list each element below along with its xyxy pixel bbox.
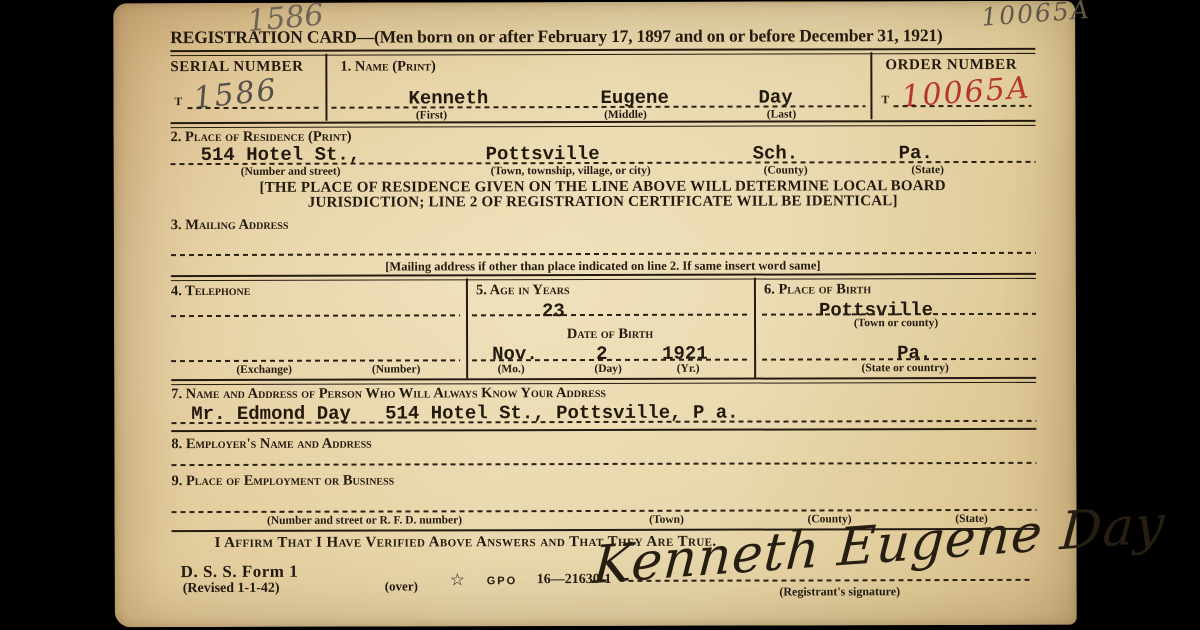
residence-county-caption: (County) xyxy=(764,164,808,176)
telephone-exchange-caption: (Exchange) xyxy=(236,364,292,376)
day-caption: (Day) xyxy=(594,363,622,375)
mailing-address-label: 3. Mailing Address xyxy=(171,217,289,234)
divider-telephone-age xyxy=(466,278,468,378)
mailing-address-line xyxy=(171,252,1036,256)
employer-line xyxy=(171,462,1036,466)
middle-caption: (Middle) xyxy=(604,109,647,121)
serial-prefix: T xyxy=(174,96,182,108)
row3-rule xyxy=(171,273,1036,281)
residence-notice-line2: JURISDICTION; LINE 2 OF REGISTRATION CER… xyxy=(308,193,898,212)
form-number: D. S. S. Form 1 xyxy=(181,562,299,582)
employment-town-caption: (Town) xyxy=(649,514,684,526)
first-caption: (First) xyxy=(416,109,447,121)
order-number-value: 10065A xyxy=(900,70,1031,114)
mailing-address-caption: [Mailing address if other than place ind… xyxy=(385,258,820,274)
signature-caption: (Registrant's signature) xyxy=(779,584,900,599)
title-rule xyxy=(170,48,1035,56)
birth-month-value: Nov. xyxy=(492,343,538,365)
date-of-birth-label: Date of Birth xyxy=(567,326,653,343)
employment-street-caption: (Number and street or R. F. D. number) xyxy=(267,514,462,527)
pencil-order-annotation: 10065A xyxy=(980,0,1091,32)
age-label: 5. Age in Years xyxy=(476,282,570,299)
order-prefix: T xyxy=(881,94,889,106)
over-caption: (over) xyxy=(385,578,418,594)
birthplace-label: 6. Place of Birth xyxy=(764,281,871,298)
telephone-number-caption: (Number) xyxy=(372,363,421,375)
contact-label: 7. Name and Address of Person Who Will A… xyxy=(171,385,606,403)
last-caption: (Last) xyxy=(767,108,796,120)
divider-age-birth xyxy=(754,278,756,378)
month-caption: (Mo.) xyxy=(498,363,525,375)
serial-line xyxy=(187,107,321,109)
residence-street-caption: (Number and street) xyxy=(241,166,341,178)
birthplace-town-caption: (Town or county) xyxy=(854,317,938,329)
employment-label: 9. Place of Employment or Business xyxy=(171,473,394,491)
card-title: REGISTRATION CARD—(Men born on or after … xyxy=(170,25,942,48)
birthplace-state-value: Pa. xyxy=(897,342,931,364)
birth-day-value: 2 xyxy=(596,343,607,365)
serial-number-label: SERIAL NUMBER xyxy=(170,59,303,76)
birth-year-value: 1921 xyxy=(662,343,708,365)
employer-label: 8. Employer's Name and Address xyxy=(171,436,371,454)
residence-town-caption: (Town, township, village, or city) xyxy=(491,165,651,177)
name-label: 1. Name (Print) xyxy=(340,58,435,75)
order-number-label: ORDER NUMBER xyxy=(885,57,1017,74)
divider-name-order xyxy=(870,52,872,119)
telephone-label: 4. Telephone xyxy=(171,283,251,300)
row7-rule xyxy=(171,428,1036,432)
year-caption: (Yr.) xyxy=(677,363,700,375)
serial-number-value: 1586 xyxy=(192,73,280,117)
divider-serial-name xyxy=(325,54,327,121)
birthplace-state-line xyxy=(762,358,1036,361)
form-revision: (Revised 1-1-42) xyxy=(183,581,280,597)
birthplace-state-caption: (State or country) xyxy=(861,362,948,374)
residence-state-caption: (State) xyxy=(911,164,944,176)
row1-rule xyxy=(170,120,1035,128)
telephone-line2 xyxy=(171,359,460,362)
row6-rule xyxy=(171,377,1036,385)
registration-card: 1586 10065A REGISTRATION CARD—(Men born … xyxy=(113,1,1077,628)
telephone-line1 xyxy=(171,314,460,317)
age-value: 23 xyxy=(542,300,565,322)
age-line xyxy=(472,314,748,317)
birthplace-town-line xyxy=(762,313,1036,316)
gpo-label: GPO xyxy=(487,575,517,587)
order-line xyxy=(893,105,1031,107)
star-icon: ☆ xyxy=(450,570,465,590)
